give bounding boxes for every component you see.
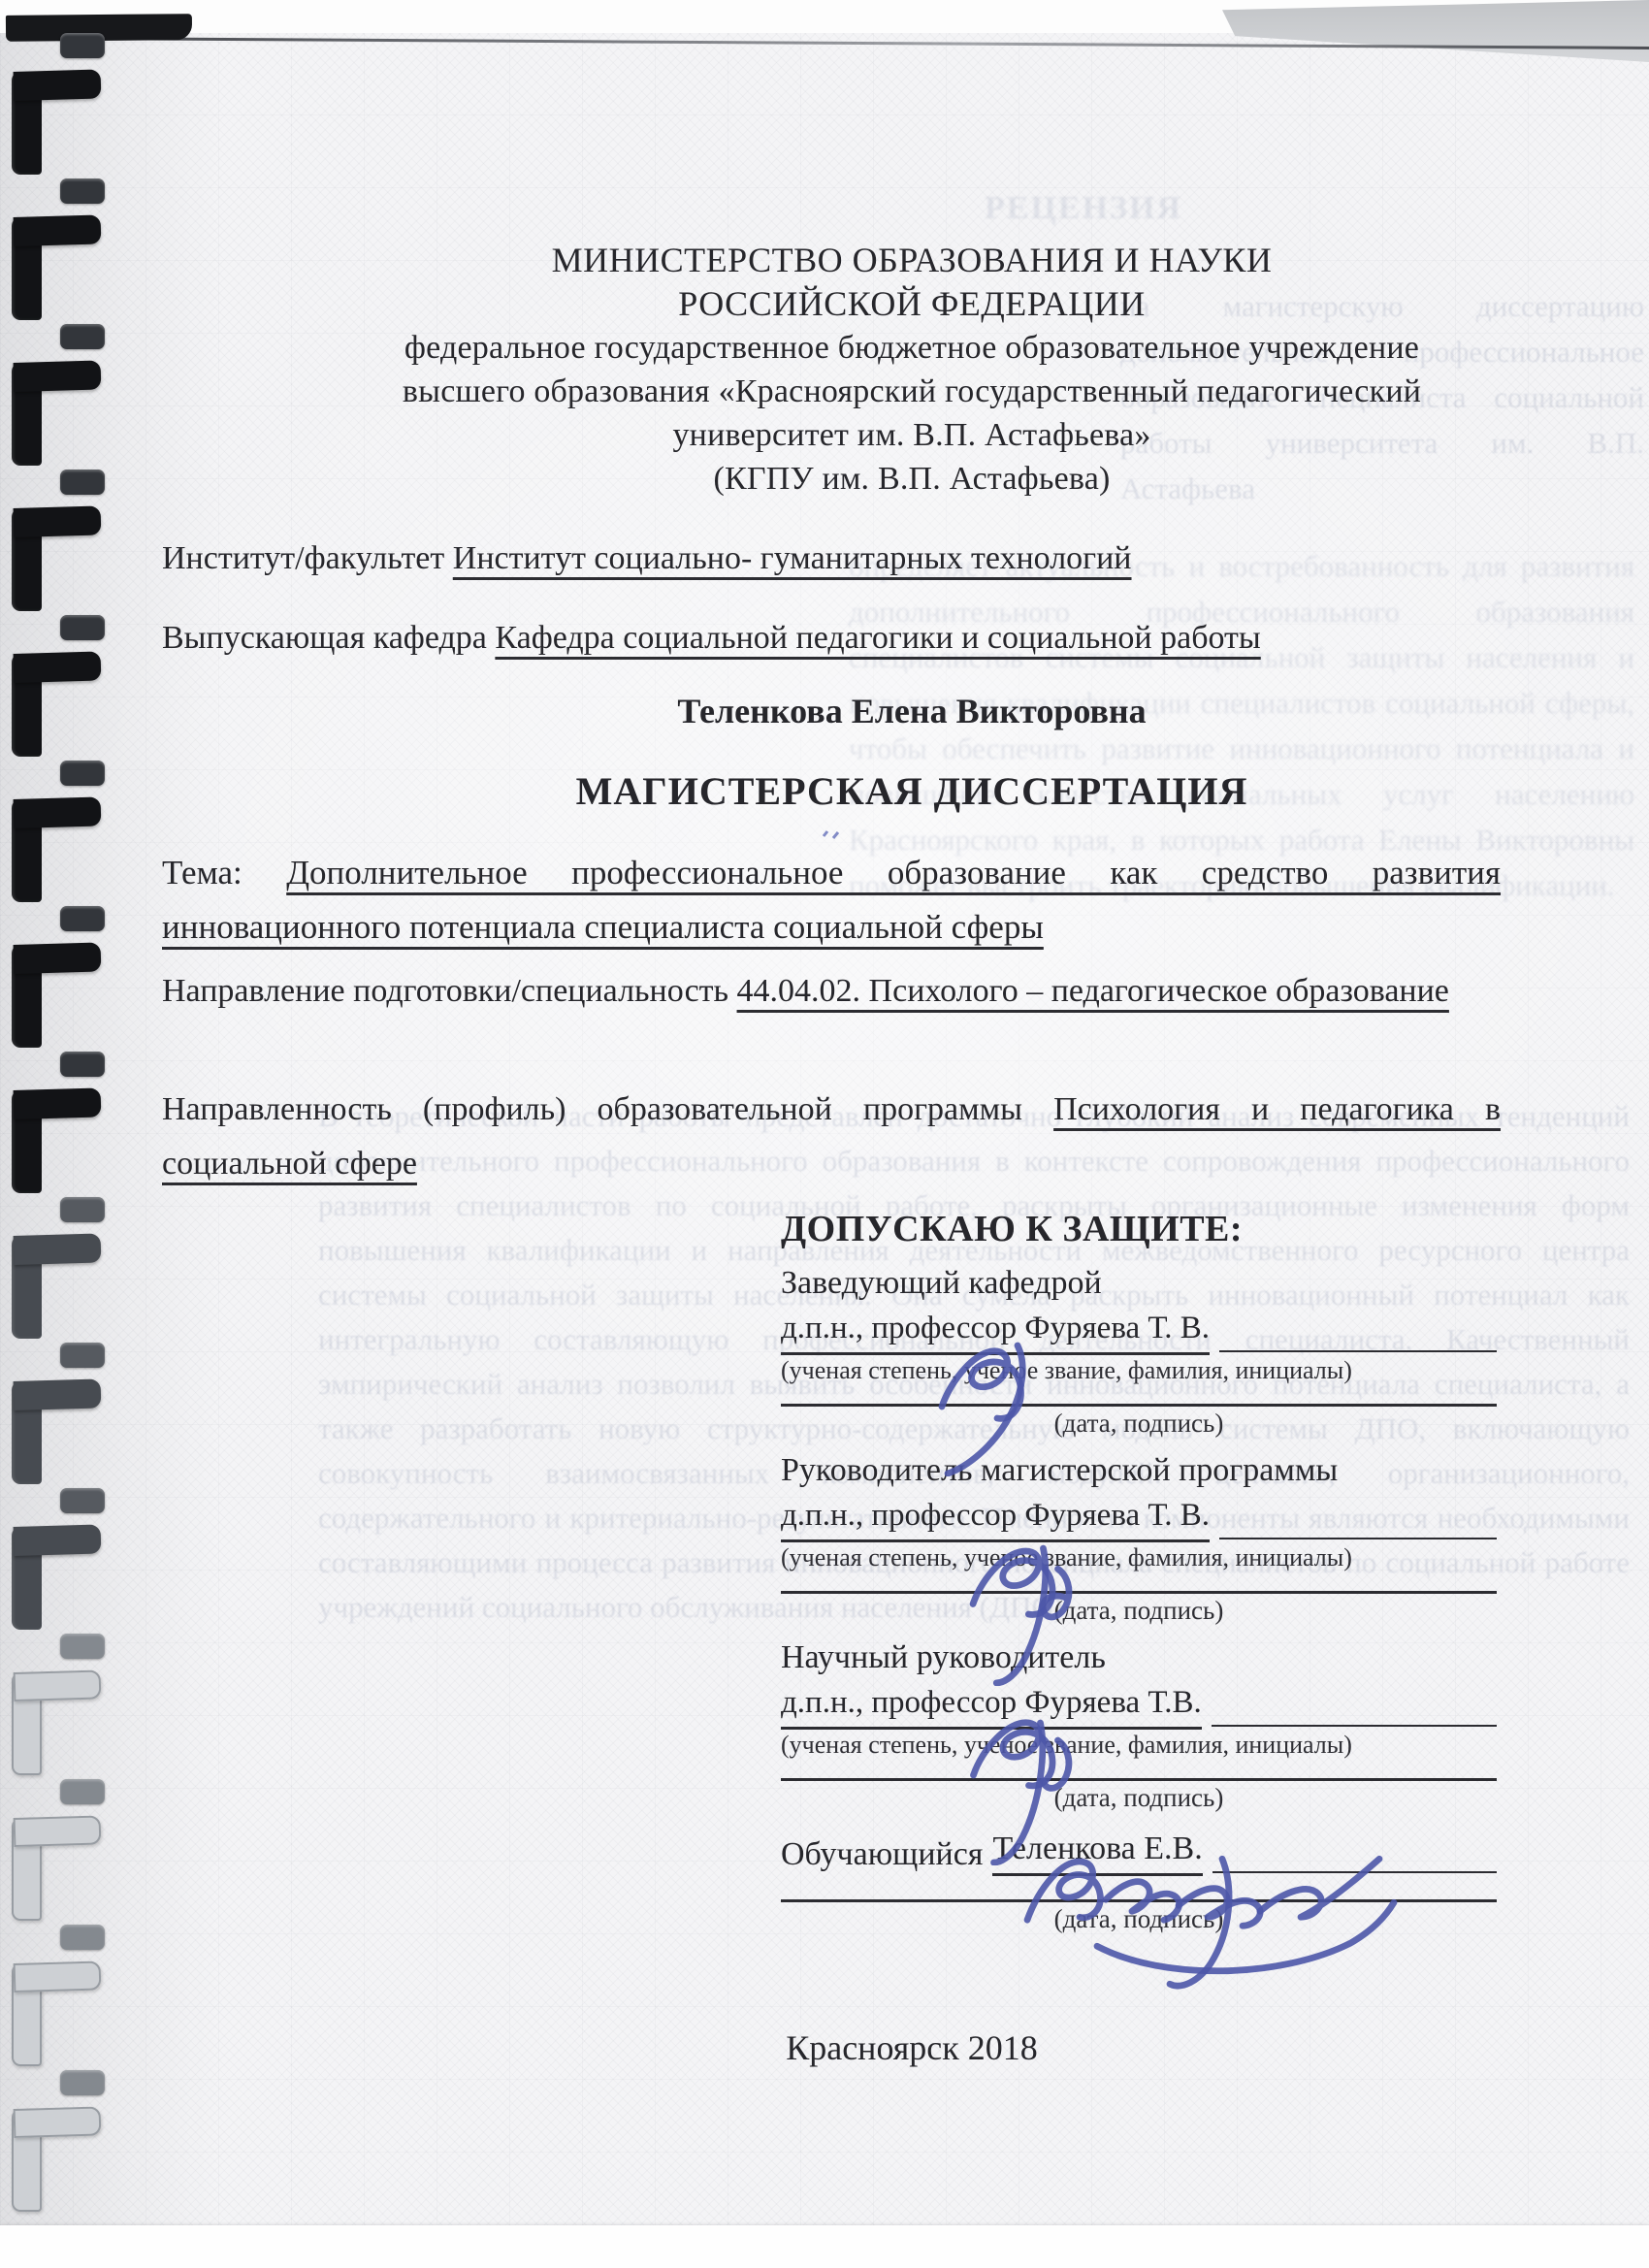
signature-line-extension: [1219, 1350, 1497, 1352]
department-row: Выпускающая кафедра Кафедра социальной п…: [162, 611, 1501, 665]
city-and-year: Красноярск 2018: [330, 2027, 1494, 2068]
ministry-line: МИНИСТЕРСТВО ОБРАЗОВАНИЯ И НАУКИ: [330, 239, 1494, 282]
document-content: МИНИСТЕРСТВО ОБРАЗОВАНИЯ И НАУКИ РОССИЙС…: [0, 0, 1649, 2268]
degree-caption: (ученая степень, ученое звание, фамилия,…: [781, 1542, 1497, 1573]
student-label: Обучающийся: [781, 1833, 983, 1876]
institution-line: университет им. В.П. Астафьева»: [330, 413, 1494, 457]
pen-mark: [820, 823, 845, 844]
theme-value: Дополнительное профессиональное образова…: [162, 854, 1501, 946]
approver-person: д.п.н., профессор Фуряева Т. В.: [781, 1494, 1210, 1542]
signature-line-extension: [1212, 1725, 1497, 1727]
specialty-label: Направление подготовки/специальность: [162, 973, 728, 1009]
institution-line: (КГПУ им. В.П. Астафьева): [330, 457, 1494, 501]
date-signature-caption: (дата, подпись): [781, 1594, 1497, 1627]
author-name: Теленкова Елена Викторовна: [330, 691, 1494, 731]
scanned-thesis-title-page: { "header": { "ministry_line1": "МИНИСТЕ…: [0, 0, 1649, 2268]
ministry-header: МИНИСТЕРСТВО ОБРАЗОВАНИЯ И НАУКИ РОССИЙС…: [330, 239, 1494, 501]
approver-role: Руководитель магистерской программы: [781, 1449, 1497, 1492]
specialty-row: Направление подготовки/специальность 44.…: [162, 964, 1501, 1019]
specialty-value: 44.04.02. Психолого – педагогическое обр…: [737, 973, 1449, 1009]
approver-person: д.п.н., профессор Фуряева Т. В.: [781, 1307, 1210, 1355]
date-signature-caption: (дата, подпись): [781, 1902, 1497, 1935]
institute-value: Институт социально- гуманитарных техноло…: [453, 540, 1132, 576]
signature-line-extension: [1212, 1871, 1497, 1873]
signature-line-extension: [1219, 1538, 1497, 1539]
profile-label: Направленность (профиль) образовательной…: [162, 1091, 1022, 1127]
approver-person-line: д.п.н., профессор Фуряева Т.В.: [781, 1681, 1497, 1730]
approval-title: ДОПУСКАЮ К ЗАЩИТЕ:: [781, 1206, 1497, 1252]
date-signature-caption: (дата, подпись): [781, 1781, 1497, 1814]
ministry-line: РОССИЙСКОЙ ФЕДЕРАЦИИ: [330, 282, 1494, 326]
department-value: Кафедра социальной педагогики и социальн…: [495, 620, 1260, 656]
institute-row: Институт/факультет Институт социально- г…: [162, 532, 1501, 586]
approval-column: ДОПУСКАЮ К ЗАЩИТЕ: Заведующий кафедрой д…: [781, 1206, 1497, 1935]
institution-line: высшего образования «Красноярский госуда…: [330, 370, 1494, 413]
approver-role: Заведующий кафедрой: [781, 1262, 1497, 1305]
date-signature-caption: (дата, подпись): [781, 1407, 1497, 1440]
degree-caption: (ученая степень, ученое звание, фамилия,…: [781, 1355, 1497, 1386]
theme-label: Тема:: [162, 854, 242, 891]
work-type-title: МАГИСТЕРСКАЯ ДИССЕРТАЦИЯ: [330, 768, 1494, 814]
approver-person-line: д.п.н., профессор Фуряева Т. В.: [781, 1494, 1497, 1542]
approver-role: Научный руководитель: [781, 1636, 1497, 1679]
department-label: Выпускающая кафедра: [162, 620, 487, 656]
student-row: Обучающийся Теленкова Е.В.: [781, 1828, 1497, 1876]
institute-label: Институт/факультет: [162, 540, 444, 576]
student-name: Теленкова Е.В.: [992, 1828, 1202, 1876]
profile-row: Направленность (профиль) образовательной…: [162, 1083, 1501, 1191]
approver-person-line: д.п.н., профессор Фуряева Т. В.: [781, 1307, 1497, 1355]
theme-row: Тема: Дополнительное профессиональное об…: [162, 846, 1501, 955]
degree-caption: (ученая степень, ученое звание, фамилия,…: [781, 1730, 1497, 1761]
institution-line: федеральное государственное бюджетное об…: [330, 326, 1494, 370]
approver-person: д.п.н., профессор Фуряева Т.В.: [781, 1681, 1202, 1730]
